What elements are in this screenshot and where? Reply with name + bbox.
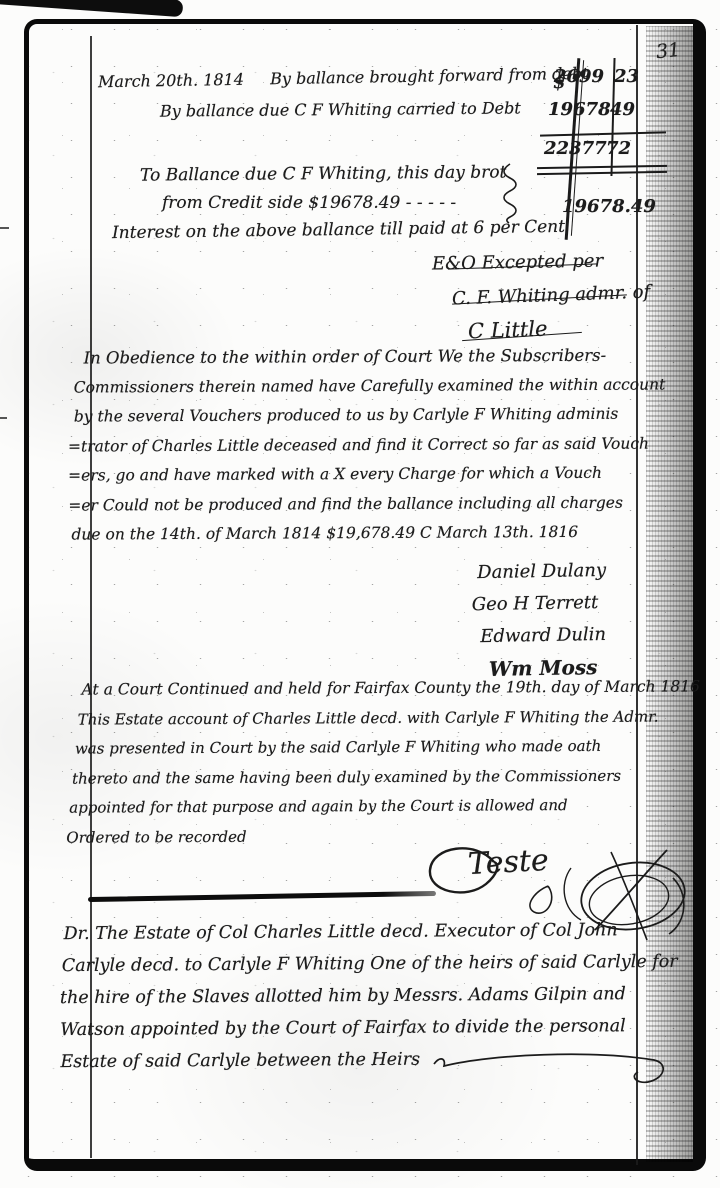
amount-cents: 49 [610, 99, 636, 120]
amount-dollars: 19678 [548, 99, 600, 120]
amount-dollars: 2699 [552, 66, 604, 87]
ledger-date: March 20th. 1814 [98, 70, 244, 92]
commissioners-report: In Obedience to the within order of Cour… [65, 340, 666, 550]
court-line: was presented in Court by the said Carly… [75, 731, 700, 764]
commissioner-signatures: Daniel Dulany Geo H Terrett Edward Dulin… [477, 555, 608, 685]
balance-line-2: from Credit side $19678.49 - - - - - [162, 193, 456, 213]
signature: Daniel Dulany [477, 555, 606, 589]
court-order: At a Court Continued and held for Fairfa… [66, 672, 701, 852]
edge-mark [0, 417, 7, 419]
report-line: due on the 14th. of March 1814 $19,678.4… [71, 517, 666, 550]
signature: Geo H Terrett [471, 587, 606, 621]
total-dollars: 22377 [544, 138, 596, 159]
debit-line: the hire of the Slaves allotted him by M… [60, 978, 678, 1014]
debit-line: Watson appointed by the Court of Fairfax… [60, 1010, 678, 1046]
court-line: thereto and the same having been duly ex… [72, 761, 700, 794]
court-line: This Estate account of Charles Little de… [78, 702, 700, 735]
total-cents: 72 [606, 138, 632, 159]
report-line: In Obedience to the within order of Cour… [83, 340, 665, 373]
brace-squiggle [498, 162, 520, 224]
ledger-total: 22377 72 [544, 138, 632, 159]
ledger-amount-2: 19678 49 [548, 99, 636, 120]
court-line: appointed for that purpose and again by … [69, 790, 700, 823]
edge-mark [0, 227, 9, 229]
report-line: =er Could not be produced and find the b… [68, 488, 666, 521]
page-number: 31 [655, 39, 681, 63]
ledger-row-2-text: By ballance due C F Whiting carried to D… [160, 98, 521, 120]
report-line: Commissioners therein named have Careful… [74, 370, 666, 403]
report-line: =ers, go and have marked with a X every … [68, 458, 666, 491]
signature: Edward Dulin [480, 619, 607, 653]
court-line: At a Court Continued and held for Fairfa… [82, 672, 700, 705]
amount-cents: 23 [614, 66, 640, 87]
debit-line: Carlyle decd. to Carlyle F Whiting One o… [62, 946, 678, 982]
debit-line: Dr. The Estate of Col Charles Little dec… [63, 914, 677, 950]
report-line: by the several Vouchers produced to us b… [74, 399, 666, 432]
ledger-amount-1: 2699 23 [552, 66, 640, 87]
scan-edge-streak [0, 0, 183, 17]
balance-line-1: To Ballance due C F Whiting, this day br… [140, 162, 507, 185]
report-line: =trator of Charles Little deceased and f… [68, 429, 666, 462]
teste-word: Teste [467, 843, 549, 882]
excepted-line: E&O Excepted per [432, 251, 603, 275]
closing-flourish [432, 1046, 672, 1096]
balance-amount: 19678.49 [562, 196, 656, 217]
scanned-document-page: 31 March 20th. 1814 By ballance brought … [0, 0, 720, 1188]
